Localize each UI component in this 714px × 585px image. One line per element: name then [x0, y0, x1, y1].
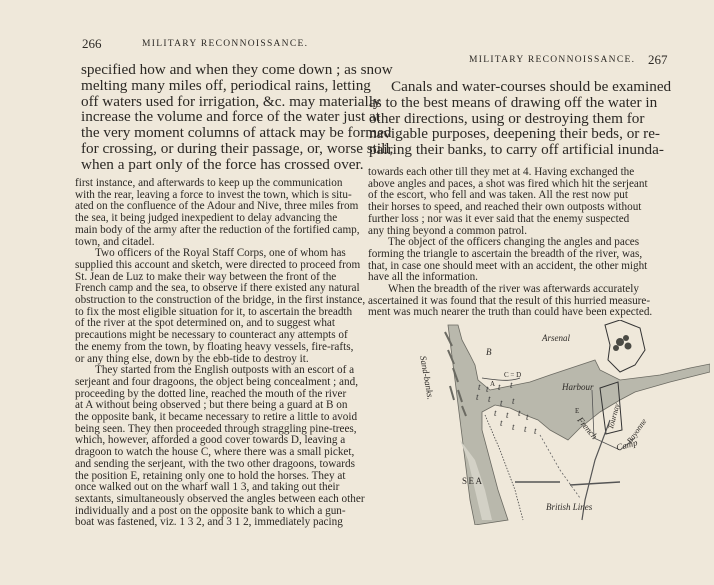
map-label-british-lines: British Lines — [546, 502, 592, 512]
text-line: towards each other till they met at 4. H… — [368, 167, 628, 179]
page-number: 267 — [648, 52, 668, 68]
text-line: other directions, using or destroying th… — [369, 111, 624, 127]
map-label-e: E — [575, 407, 579, 415]
french-lines — [540, 435, 580, 498]
running-head: MILITARY RECONNOISSANCE. — [469, 55, 635, 65]
text-line: ment was much nearer the truth than coul… — [368, 307, 628, 319]
text-line: When the breadth of the river was afterw… — [368, 284, 628, 296]
page-number: 266 — [82, 36, 102, 52]
reconnaissance-map: tttt tttt tttt tttt Sand-banks. B Arsena… — [420, 320, 710, 525]
text-line: melting many miles off, periodical rains… — [81, 78, 339, 94]
text-line: main body of the army after the reductio… — [75, 225, 335, 237]
left-page: 266 MILITARY RECONNOISSANCE. specified h… — [0, 0, 357, 585]
map-label-harbour: Harbour — [562, 382, 594, 392]
text-line: navigable purposes, deepening their beds… — [369, 126, 624, 142]
text-line: when a part only of the force has crosse… — [81, 157, 339, 173]
text-line: further loss ; nor was it ever said that… — [368, 214, 628, 226]
small-print-narrative: towards each other till they met at 4. H… — [368, 167, 628, 319]
map-label-arsenal: Arsenal — [542, 333, 570, 343]
svg-text:t: t — [494, 408, 497, 418]
text-line: specified how and when they come down ; … — [81, 62, 339, 78]
running-head: MILITARY RECONNOISSANCE. — [142, 39, 308, 49]
small-print-narrative: first instance, and afterwards to keep u… — [75, 178, 335, 529]
svg-text:t: t — [500, 418, 503, 428]
text-line: pairing their banks, to carry off artifi… — [369, 142, 624, 158]
text-line: off waters used for irrigation, &c. may … — [81, 94, 339, 110]
british-lines — [515, 482, 620, 485]
text-line: serjeant and four dragoons, the object b… — [75, 377, 335, 389]
citadel-fortification — [613, 335, 632, 351]
large-print-paragraph: Canals and water-courses should be exami… — [369, 79, 624, 158]
text-line: forming the triangle to ascertain the br… — [368, 249, 628, 261]
map-label-c-d: C = D — [504, 371, 521, 379]
text-line: as to the best means of drawing off the … — [369, 95, 624, 111]
svg-text:t: t — [506, 410, 509, 420]
text-line: the enemy from the town, by floating hea… — [75, 342, 335, 354]
text-line: Canals and water-courses should be exami… — [369, 79, 624, 95]
text-line: supplied this account and sketch, were d… — [75, 260, 335, 272]
map-label-b: B — [486, 347, 492, 357]
svg-text:t: t — [524, 424, 527, 434]
text-line: sextants, simultaneously observed the an… — [75, 494, 335, 506]
large-print-paragraph: specified how and when they come down ; … — [81, 62, 339, 173]
text-line: increase the volume and force of the wat… — [81, 109, 339, 125]
text-line: the very moment columns of attack may be… — [81, 125, 339, 141]
map-drawing: tttt tttt tttt tttt — [420, 320, 710, 525]
text-line: for crossing, or during their passage, o… — [81, 141, 339, 157]
svg-text:t: t — [534, 426, 537, 436]
text-line: and sending the serjeant, with the two o… — [75, 459, 335, 471]
text-line: boat was fastened, viz. 1 3 2, and 3 1 2… — [75, 517, 335, 529]
text-line: first instance, and afterwards to keep u… — [75, 178, 335, 190]
svg-text:t: t — [512, 422, 515, 432]
text-line: obstruction to the construction of the b… — [75, 295, 335, 307]
map-label-a: A — [490, 380, 495, 388]
text-line: the opposite bank, it became necessary t… — [75, 412, 335, 424]
map-label-sea: SEA — [462, 476, 484, 486]
